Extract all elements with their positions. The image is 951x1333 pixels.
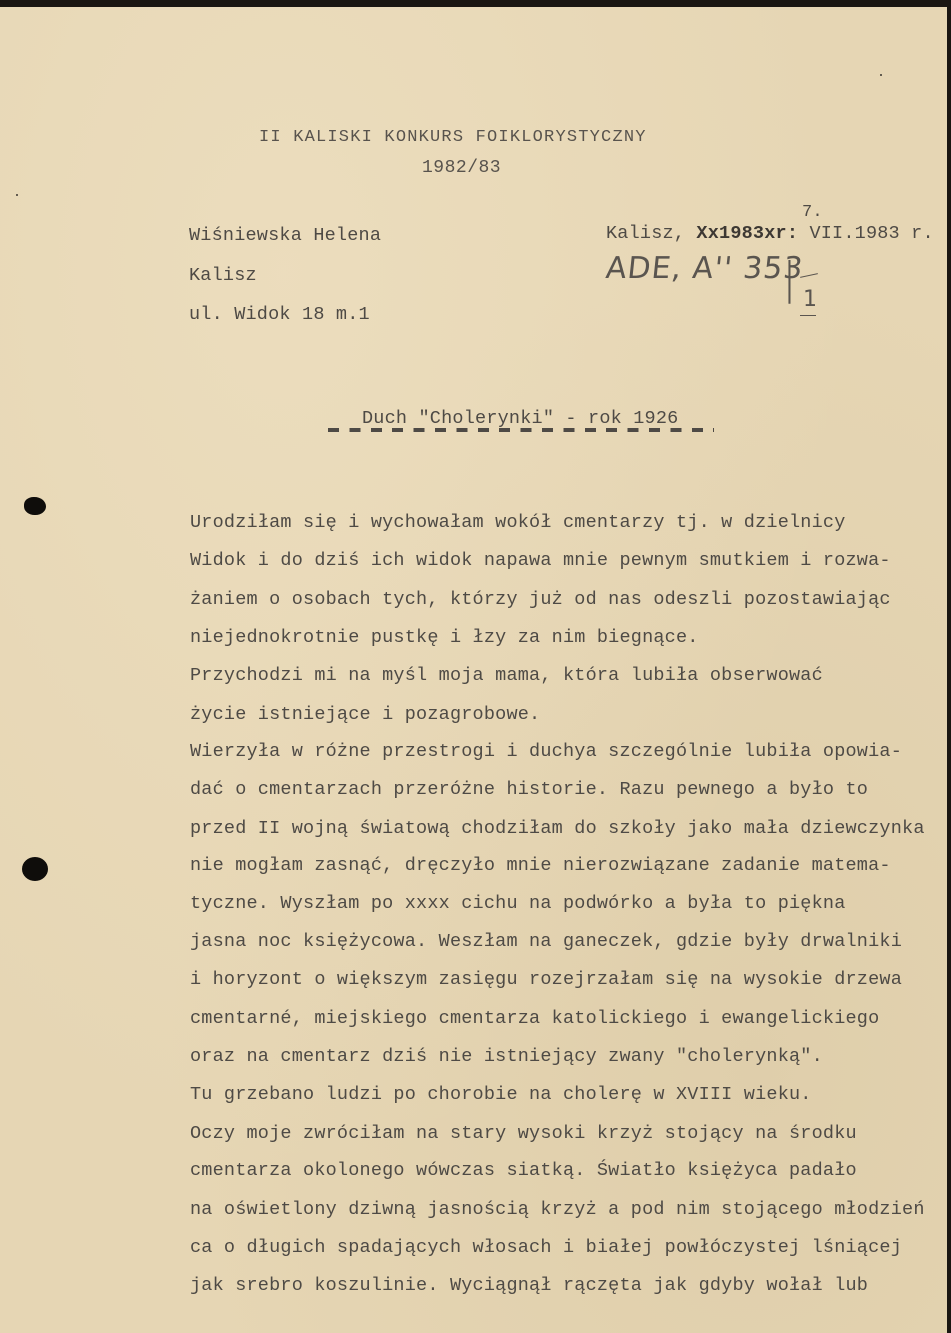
body-line: Przychodzi mi na myśl moja mama, która l… [190,665,823,686]
place-prefix: Kalisz, [606,223,696,244]
archive-signature: ADE, A'' 353 [604,251,805,286]
punch-hole-bottom [22,857,48,881]
body-line: na oświetlony dziwną jasnością krzyż a p… [190,1199,925,1220]
struck-out-text: Xx1983xr: [696,223,798,244]
date-suffix: VII.1983 r. [798,223,934,244]
story-title: Duch "Cholerynki" - rok 1926 [362,408,678,429]
body-line: ca o długich spadających włosach i białe… [190,1237,902,1258]
author-city: Kalisz [189,265,257,286]
author-address: ul. Widok 18 m.1 [189,304,370,325]
document-page: II KALISKI KONKURS FOIKLORYSTYCZNY 1982/… [0,7,947,1333]
body-line: dać o cmentarzach przeróżne historie. Ra… [190,779,868,800]
body-line: cmentarza okolonego wówczas siatką. Świa… [190,1160,857,1181]
paper-fleck [16,194,18,196]
body-line: Wierzyła w różne przestrogi i duchya szc… [190,741,902,762]
body-line: niejednokrotnie pustkę i łzy za nim bieg… [190,627,699,648]
body-line: Widok i do dziś ich widok napawa mnie pe… [190,550,891,571]
body-line: i horyzont o większym zasięgu rozejrzała… [190,969,902,990]
punch-hole-top [24,497,46,515]
body-line: Tu grzebano ludzi po chorobie na cholerę… [190,1084,812,1105]
fraction-underline [800,315,816,316]
body-line: jasna noc księżycowa. Weszłam na ganecze… [190,931,902,952]
body-line: cmentarné, miejskiego cmentarza katolick… [190,1008,879,1029]
handwritten-day: 7. [802,203,823,222]
body-line: Urodziłam się i wychowałam wokół cmentar… [190,512,846,533]
fraction-denominator: 1 [803,287,817,312]
body-line: oraz na cmentarz dziś nie istniejący zwa… [190,1046,823,1067]
contest-title: II KALISKI KONKURS FOIKLORYSTYCZNY [259,128,647,147]
body-line: nie mogłam zasnąć, dręczyło mnie nierozw… [190,855,891,876]
body-line: jak srebro koszulinie. Wyciągnął rączęta… [190,1275,868,1296]
body-line: przed II wojną światową chodziłam do szk… [190,818,925,839]
body-line: żaniem o osobach tych, którzy już od nas… [190,589,891,610]
author-name: Wiśniewska Helena [189,225,381,246]
scan-edge [947,0,951,1333]
paper-fleck [880,74,882,76]
fraction-slash: | [782,257,797,301]
contest-year: 1982/83 [422,158,501,178]
title-dashed-underline [328,428,714,432]
body-line: życie istniejące i pozagrobowe. [190,704,540,725]
body-line: Oczy moje zwróciłam na stary wysoki krzy… [190,1123,857,1144]
place-date: Kalisz, Xx1983xr: VII.1983 r. [606,223,934,244]
body-line: tyczne. Wyszłam po xxxx cichu na podwórk… [190,893,846,914]
